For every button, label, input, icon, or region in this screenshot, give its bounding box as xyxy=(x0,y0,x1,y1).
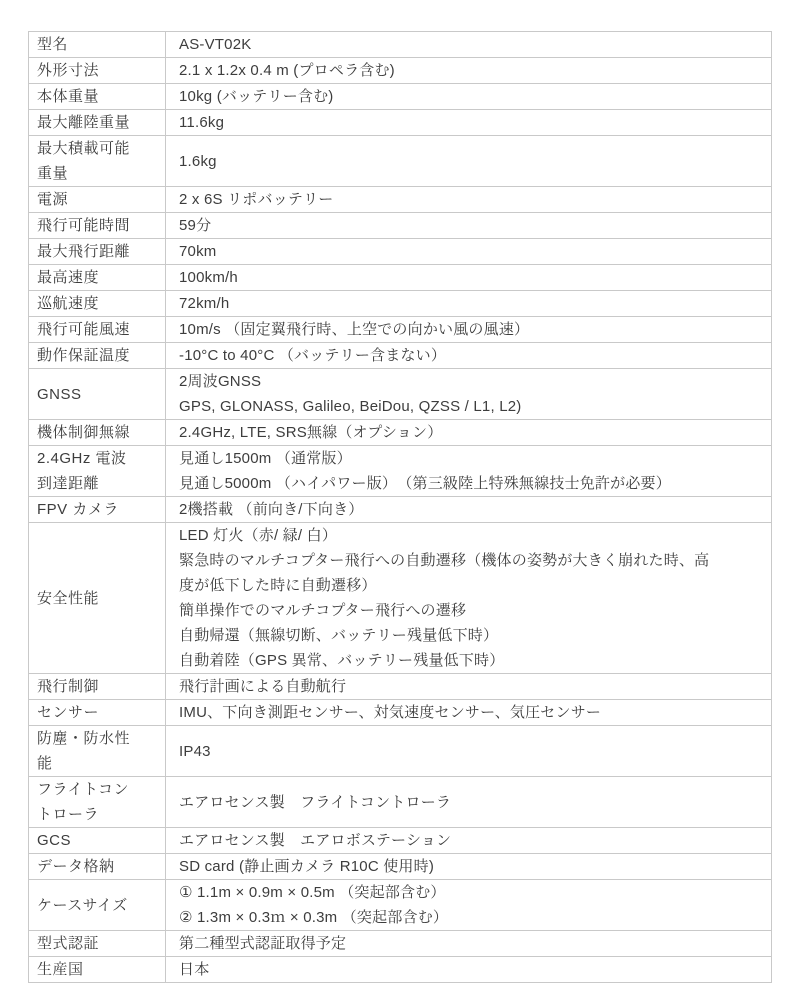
spec-value-cell: 飛行計画による自動航行 xyxy=(166,674,772,700)
spec-row: データ格納 SD card (静止画カメラ R10C 使用時) xyxy=(29,854,772,880)
spec-row: 安全性能 LED 灯火（赤/ 緑/ 白） 緊急時のマルチコプター飛行への自動遷移… xyxy=(29,523,772,674)
spec-value-cell: 11.6kg xyxy=(166,110,772,136)
spec-label-cell: GCS xyxy=(29,828,166,854)
spec-label-cell: 飛行制御 xyxy=(29,674,166,700)
spec-value-cell: 100km/h xyxy=(166,265,772,291)
spec-row: 機体制御無線 2.4GHz, LTE, SRS無線（オプション） xyxy=(29,420,772,446)
spec-value-cell: 1.6kg xyxy=(166,136,772,187)
spec-value-cell: AS-VT02K xyxy=(166,32,772,58)
spec-row: 飛行制御 飛行計画による自動航行 xyxy=(29,674,772,700)
spec-table: 型名 AS-VT02K 外形寸法 2.1 x 1.2x 0.4 m (プロペラ含… xyxy=(28,31,772,983)
spec-value-cell: 日本 xyxy=(166,957,772,983)
spec-row: ケースサイズ ① 1.1m × 0.9m × 0.5m （突起部含む） ② 1.… xyxy=(29,880,772,931)
spec-label-cell: 本体重量 xyxy=(29,84,166,110)
spec-label-cell: 最大積載可能 重量 xyxy=(29,136,166,187)
spec-label-cell: 最大飛行距離 xyxy=(29,239,166,265)
spec-label-cell: 最大離陸重量 xyxy=(29,110,166,136)
spec-row: センサー IMU、下向き測距センサー、対気速度センサー、気圧センサー xyxy=(29,700,772,726)
spec-label-cell: 外形寸法 xyxy=(29,58,166,84)
spec-table-body: 型名 AS-VT02K 外形寸法 2.1 x 1.2x 0.4 m (プロペラ含… xyxy=(29,32,772,983)
spec-value-cell: IMU、下向き測距センサー、対気速度センサー、気圧センサー xyxy=(166,700,772,726)
spec-row: GCS エアロセンス製 エアロボステーション xyxy=(29,828,772,854)
spec-label-cell: データ格納 xyxy=(29,854,166,880)
spec-value-cell: IP43 xyxy=(166,726,772,777)
spec-row: 巡航速度 72km/h xyxy=(29,291,772,317)
spec-label-cell: 飛行可能時間 xyxy=(29,213,166,239)
spec-label-cell: 安全性能 xyxy=(29,523,166,674)
page: 型名 AS-VT02K 外形寸法 2.1 x 1.2x 0.4 m (プロペラ含… xyxy=(0,0,800,983)
spec-row: 最大積載可能 重量 1.6kg xyxy=(29,136,772,187)
spec-label-cell: 型名 xyxy=(29,32,166,58)
spec-label-cell: 動作保証温度 xyxy=(29,343,166,369)
spec-label-cell: フライトコン トローラ xyxy=(29,777,166,828)
spec-label-cell: 最高速度 xyxy=(29,265,166,291)
spec-label-cell: 電源 xyxy=(29,187,166,213)
spec-row: 型式認証 第二種型式認証取得予定 xyxy=(29,931,772,957)
spec-row: 最高速度 100km/h xyxy=(29,265,772,291)
spec-value-cell: エアロセンス製 エアロボステーション xyxy=(166,828,772,854)
spec-value-cell: 10kg (バッテリー含む) xyxy=(166,84,772,110)
spec-row: フライトコン トローラ エアロセンス製 フライトコントローラ xyxy=(29,777,772,828)
spec-value-cell: SD card (静止画カメラ R10C 使用時) xyxy=(166,854,772,880)
spec-row: 動作保証温度 -10°C to 40°C （バッテリー含まない） xyxy=(29,343,772,369)
spec-row: 最大飛行距離 70km xyxy=(29,239,772,265)
spec-label-cell: GNSS xyxy=(29,369,166,420)
spec-row: 生産国 日本 xyxy=(29,957,772,983)
spec-label-cell: 防塵・防水性 能 xyxy=(29,726,166,777)
spec-value-cell: 見通し1500m （通常版） 見通し5000m （ハイパワー版） （第三級陸上特… xyxy=(166,446,772,497)
spec-label-cell: 2.4GHz 電波 到達距離 xyxy=(29,446,166,497)
spec-value-cell: 2周波GNSS GPS, GLONASS, Galileo, BeiDou, Q… xyxy=(166,369,772,420)
spec-label-cell: センサー xyxy=(29,700,166,726)
spec-label-cell: 飛行可能風速 xyxy=(29,317,166,343)
spec-label-cell: 機体制御無線 xyxy=(29,420,166,446)
spec-row: 飛行可能時間 59分 xyxy=(29,213,772,239)
spec-value-cell: 2.1 x 1.2x 0.4 m (プロペラ含む) xyxy=(166,58,772,84)
spec-row: GNSS 2周波GNSS GPS, GLONASS, Galileo, BeiD… xyxy=(29,369,772,420)
spec-label-cell: 生産国 xyxy=(29,957,166,983)
spec-row: 最大離陸重量 11.6kg xyxy=(29,110,772,136)
spec-row: 外形寸法 2.1 x 1.2x 0.4 m (プロペラ含む) xyxy=(29,58,772,84)
spec-row: 電源 2 x 6S リポバッテリー xyxy=(29,187,772,213)
spec-label-cell: FPV カメラ xyxy=(29,497,166,523)
spec-row: 型名 AS-VT02K xyxy=(29,32,772,58)
spec-row: 防塵・防水性 能 IP43 xyxy=(29,726,772,777)
spec-row: 2.4GHz 電波 到達距離 見通し1500m （通常版） 見通し5000m （… xyxy=(29,446,772,497)
spec-value-cell: エアロセンス製 フライトコントローラ xyxy=(166,777,772,828)
spec-label-cell: 型式認証 xyxy=(29,931,166,957)
spec-value-cell: 2 x 6S リポバッテリー xyxy=(166,187,772,213)
spec-row: 本体重量 10kg (バッテリー含む) xyxy=(29,84,772,110)
spec-value-cell: LED 灯火（赤/ 緑/ 白） 緊急時のマルチコプター飛行への自動遷移（機体の姿… xyxy=(166,523,772,674)
spec-value-cell: 2機搭載 （前向き/下向き） xyxy=(166,497,772,523)
spec-value-cell: 59分 xyxy=(166,213,772,239)
spec-value-cell: ① 1.1m × 0.9m × 0.5m （突起部含む） ② 1.3m × 0.… xyxy=(166,880,772,931)
spec-value-cell: 2.4GHz, LTE, SRS無線（オプション） xyxy=(166,420,772,446)
spec-label-cell: ケースサイズ xyxy=(29,880,166,931)
spec-value-cell: 70km xyxy=(166,239,772,265)
spec-value-cell: 第二種型式認証取得予定 xyxy=(166,931,772,957)
spec-row: FPV カメラ 2機搭載 （前向き/下向き） xyxy=(29,497,772,523)
spec-value-cell: -10°C to 40°C （バッテリー含まない） xyxy=(166,343,772,369)
spec-value-cell: 72km/h xyxy=(166,291,772,317)
spec-value-cell: 10m/s （固定翼飛行時、上空での向かい風の風速） xyxy=(166,317,772,343)
spec-row: 飛行可能風速 10m/s （固定翼飛行時、上空での向かい風の風速） xyxy=(29,317,772,343)
spec-label-cell: 巡航速度 xyxy=(29,291,166,317)
